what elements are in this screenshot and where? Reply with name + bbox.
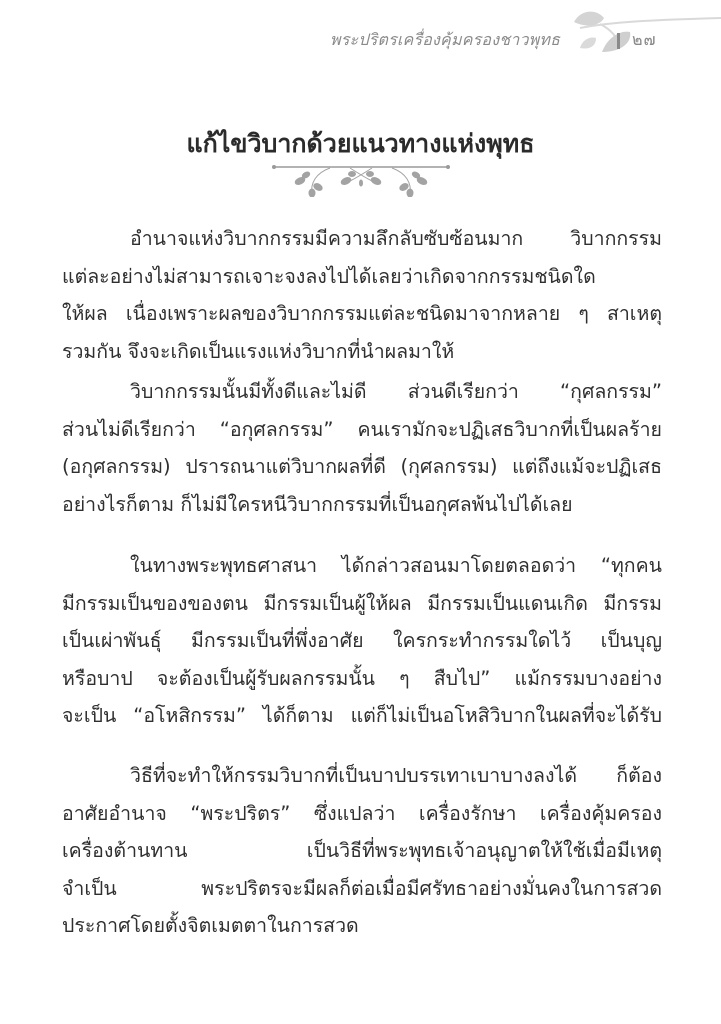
leaf-vine-divider-icon [270, 163, 452, 197]
paragraph-line: เครื่องต้านทาน เป็นวิธีที่พระพุทธเจ้าอนุ… [62, 832, 662, 870]
chapter-title: แก้ไขวิบากด้วยแนวทางแห่งพุทธ [0, 124, 721, 164]
paragraph-line: ประกาศโดยตั้งจิตเมตตาในการสวด [62, 907, 662, 945]
page-number: ๒๗ [632, 28, 657, 53]
paragraph-2: วิบากกรรมนั้นมีทั้งดีและไม่ดี ส่วนดีเรีย… [62, 373, 662, 523]
paragraph-line: อาศัยอำนาจ “พระปริตร” ซึ่งแปลว่า เครื่อง… [62, 795, 662, 833]
paragraph-line: วิธีที่จะทำให้กรรมวิบากที่เป็นบาปบรรเทาเ… [62, 757, 662, 795]
paragraph-line: จะเป็น “อโหสิกรรม” ได้ก็ตาม แต่ก็ไม่เป็น… [62, 697, 662, 735]
paragraph-line: วิบากกรรมนั้นมีทั้งดีและไม่ดี ส่วนดีเรีย… [62, 373, 662, 411]
paragraph-line: หรือบาป จะต้องเป็นผู้รับผลกรรมนั้น ๆ สืบ… [62, 660, 662, 698]
paragraph-line: จำเป็น พระปริตรจะมีผลก็ต่อเมื่อมีศรัทธาอ… [62, 870, 662, 908]
paragraph-3: ในทางพระพุทธศาสนา ได้กล่าวสอนมาโดยตลอดว่… [62, 547, 662, 735]
running-header-title: พระปริตรเครื่องคุ้มครองชาวพุทธ [330, 28, 560, 53]
page-number-separator [617, 33, 620, 49]
paragraph-line: รวมกัน จึงจะเกิดเป็นแรงแห่งวิบากที่นำผลม… [62, 333, 662, 371]
paragraph-line: (อกุศลกรรม) ปรารถนาแต่วิบากผลที่ดี (กุศล… [62, 448, 662, 486]
paragraph-4: วิธีที่จะทำให้กรรมวิบากที่เป็นบาปบรรเทาเ… [62, 757, 662, 945]
paragraph-line: แต่ละอย่างไม่สามารถเจาะจงลงไปได้เลยว่าเก… [62, 258, 662, 296]
paragraph-line: ให้ผล เนื่องเพราะผลของวิบากกรรมแต่ละชนิด… [62, 295, 662, 333]
paragraph-line: อำนาจแห่งวิบากกรรมมีความลึกลับซับซ้อนมาก… [62, 220, 662, 258]
paragraph-line: เป็นเผ่าพันธุ์ มีกรรมเป็นที่พึ่งอาศัย ใค… [62, 622, 662, 660]
paragraph-line: อย่างไรก็ตาม ก็ไม่มีใครหนีวิบากกรรมที่เป… [62, 486, 662, 524]
paragraph-line: มีกรรมเป็นของของตน มีกรรมเป็นผู้ให้ผล มี… [62, 585, 662, 623]
paragraph-line: ส่วนไม่ดีเรียกว่า “อกุศลกรรม” คนเรามักจะ… [62, 411, 662, 449]
paragraph-1: อำนาจแห่งวิบากกรรมมีความลึกลับซับซ้อนมาก… [62, 220, 662, 370]
paragraph-line: ในทางพระพุทธศาสนา ได้กล่าวสอนมาโดยตลอดว่… [62, 547, 662, 585]
